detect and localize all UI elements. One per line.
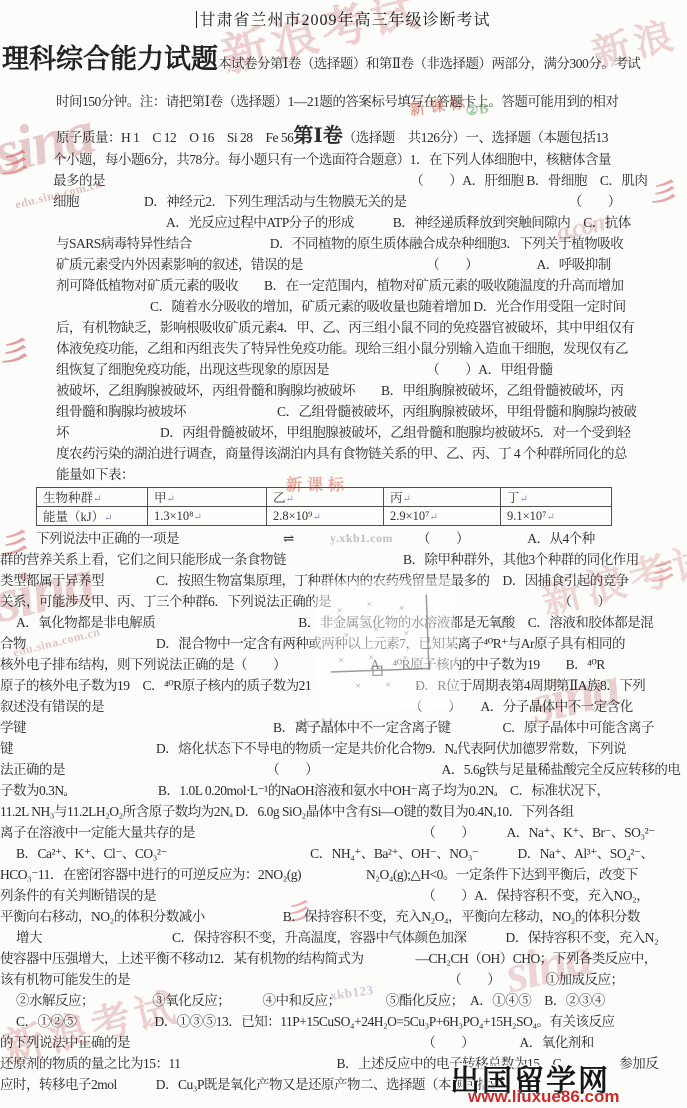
text-line: B．Ca²⁺、K⁺、Cl⁻、CO₃²⁻ C．NH₄⁺、Ba²⁺、OH⁻、NO₃⁻…: [0, 843, 687, 864]
text-line: 度农药污染的湖泊进行调查，商量得该湖泊内具有食物链关系的甲、乙、丙、丁 4 个种…: [0, 443, 687, 464]
pilcrow-mark: ↵: [286, 494, 294, 505]
text-block-before-table: 个小题，每小题6分，共78分。每小题只有一个选面符合题意）1．在下列人体细胞中，…: [0, 149, 687, 485]
text-line: 矿质元素受内外因素影响的叙述，错误的是 （ ） A．呼吸抑制: [0, 254, 687, 275]
text-line: ②水解反应； ③氧化反应； ④中和反应； ⑤酯化反应； A．①④⑤ B．②③④: [0, 990, 687, 1011]
pilcrow-mark: ↵: [547, 512, 555, 523]
text-line: 坏 D．丙组骨髓被破坏，甲组胞腺被破坏，乙组骨髓和胞腺均被破坏5．对一个受到轻: [0, 422, 687, 443]
text-line: 法正确的是 （ ） A．5.6g铁与足量稀盐酸完全反应转移的电: [0, 759, 687, 780]
paper-heading-rest: 本试卷分第Ⅰ卷（选择题）和第Ⅱ卷（非选择题）两部分，满分300分。考试: [218, 56, 640, 71]
atomic-mass-line: 原子质量：H 1 C 12 O 16 Si 28 Fe 56第Ⅰ卷（选择题 共1…: [0, 125, 687, 149]
text-line: 组骨髓和胸腺均被坡坏 C．乙组骨髓被破坏，丙组胸腺被破坏，甲组骨髓和胸腺均被破: [0, 401, 687, 422]
liuxue-url-watermark: www.liuxue86.com: [468, 1087, 619, 1107]
text-line: 最多的是 （ ）A．肝细胞 B．骨细胞 C．肌肉: [0, 170, 687, 191]
text-line: 个小题，每小题6分，共78分。每小题只有一个选面符合题意）1．在下列人体细胞中，…: [0, 149, 687, 170]
section-title: 第Ⅰ卷: [293, 125, 342, 147]
table-cell: 2.9×10⁷↵: [384, 507, 501, 526]
text-line: 学键 B．离子晶体中不一定含离子键 C．原子晶体中可能含离子: [0, 717, 687, 738]
table-cell: 丁↵: [501, 488, 612, 507]
text-line: 离子在溶液中一定能大量共存的是 （ ） A．Na⁺、K⁺、Br⁻、SO₃²⁻: [0, 822, 687, 843]
paper-heading: 理科综合能力试题本试卷分第Ⅰ卷（选择题）和第Ⅱ卷（非选择题）两部分，满分300分…: [0, 43, 687, 80]
text-line: 叙述没有错误的是 （ ） A．分子晶体中不一定含化: [0, 696, 687, 717]
table-cell: 9.1×10⁷↵: [501, 507, 612, 526]
document-title-text: 甘肃省兰州市2009年高三年级诊断考试: [199, 12, 490, 29]
table-cell: 乙↵: [267, 488, 384, 507]
text-line: 关系，可能涉及甲、丙、丁三个种群6．下列说法正确的是 （ ）: [0, 591, 687, 612]
text-line: 平衡向右移动，NO₂的体积分数减小 B．保持容积不变，充入N₂O₄，平衡向左移动…: [0, 906, 687, 927]
text-line: 组恢复了细胞免疫功能，出现这些现象的原因是 （ ）A．甲组骨髓: [0, 359, 687, 380]
pilcrow-mark: ↵: [403, 494, 411, 505]
text-line: HCO₃⁻11．在密闭容器中进行的可逆反应为：2NO₂(g) N₂O₄(g);△…: [0, 864, 687, 885]
text-line: 列条件的有关判断错误的是 （ ）A．保持容积不变，充入NO₂，: [0, 885, 687, 906]
text-line: 该有机物可能发生的是 （ ） ①加成反应；: [0, 969, 687, 990]
section-subtitle: （选择题 共126分）一、选择题（本题包括13: [343, 130, 608, 145]
text-line: 后，有机物缺乏，影响根吸收矿质元素4．甲、乙、丙三组小鼠不同的免疫器官被破坏，其…: [0, 317, 687, 338]
text-line: 合物 D．混合物中一定含有两种或两种以上元素7，已知某离子⁴⁰R⁺与Ar原子具有…: [0, 633, 687, 654]
table-cell: 甲↵: [148, 488, 267, 507]
table-cell: 能量（kJ）↵: [37, 507, 148, 526]
pilcrow-mark: ↵: [104, 513, 112, 524]
pilcrow-mark: ↵: [430, 512, 438, 523]
pilcrow-mark: ↵: [194, 512, 202, 523]
text-line: C．①②⑤ D．①③⑤13．已知：11P+15CuSO₄+24H₂O=5Cu₃P…: [0, 1011, 687, 1032]
text-line: 群的营养关系上看，它们之间只能形成一条食物链 B．除甲种群外，其他3个种群的同化…: [0, 549, 687, 570]
text-line: 核外电子排布结构，则下列说法正确的是（ ） A．⁴⁰R原子核内的中子数为19 B…: [0, 654, 687, 675]
text-line: 增大 C．保持容积不变，升高温度，容器中气体颜色加深 D．保持容积不变，充入N₂: [0, 927, 687, 948]
energy-table: 生物种群↵甲↵乙↵丙↵丁↵能量（kJ）↵1.3×10⁸↵2.8×10⁹↵2.9×…: [36, 487, 612, 526]
text-line: 体液免疫功能，乙组和丙组丧失了特异性免疫功能。现给三组小鼠分别输入造血干细胞，发…: [0, 338, 687, 359]
text-line: 被破坏，乙组胸腺被破坏，丙组骨髓和胸腺均被破坏 B．甲组胸腺被破坏，乙组骨髓被破…: [0, 380, 687, 401]
pilcrow-mark: ↵: [167, 494, 175, 505]
table-row: 生物种群↵甲↵乙↵丙↵丁↵: [37, 488, 612, 507]
text-line: A．光反应过程中ATP分子的形成 B．神经递质释放到突触间隙内 C．抗体: [0, 212, 687, 233]
text-line: 与SARS病毒特异性结合 D．不同植物的原生质体融合成杂种细胞3．下列关于植物吸…: [0, 233, 687, 254]
text-line: 类型都属于异养型 C．按照生物富集原理，丁种群体内的农药残留量是最多的 D．因捕…: [0, 570, 687, 591]
document-page: 新浪考试sinaedu.sina.com.cn新浪a.com新课标②Bsinae…: [0, 0, 687, 1108]
text-line: A．氧化物都是非电解质 B．非金属氢化物的水溶液都是无氧酸 C．溶液和胶体都是混: [0, 612, 687, 633]
table-row: 能量（kJ）↵1.3×10⁸↵2.8×10⁹↵2.9×10⁷↵9.1×10⁷↵: [37, 507, 612, 526]
pilcrow-mark: ↵: [520, 494, 528, 505]
scan-artifact-line: [196, 11, 197, 28]
text-line: 原子的核外电子数为19 C．⁴⁰R原子核内的质子数为21 D．R位于周期表第4周…: [0, 675, 687, 696]
exam-note-line: 时间150分钟。注：请把第Ⅰ卷（选择题）1—21题的答案标号填写在答题卡上。答题…: [0, 91, 687, 112]
text-line: 键 D．熔化状态下不导电的物质一定是共价化合物9．Nₐ代表阿伏加德罗常数，下列说: [0, 738, 687, 759]
text-line: 下列说法中正确的一项是 ⇌ （ ） A．从4个种: [0, 528, 687, 549]
text-line: 能量如下表：: [0, 464, 687, 485]
pilcrow-mark: ↵: [93, 494, 101, 505]
text-line: 剂可降低植物对矿质元素的吸收 B．在一定范围内，植物对矿质元素的吸收随温度的升高…: [0, 275, 687, 296]
table-cell: 1.3×10⁸↵: [148, 507, 267, 526]
text-line: C．随着水分吸收的增加，矿质元素的吸收量也随着增加 D．光合作用受阻一定时间: [0, 296, 687, 317]
text-line: 细胞 D．神经元2．下列生理活动与生物膜无关的是 （ ）: [0, 191, 687, 212]
table-cell: 2.8×10⁹↵: [267, 507, 384, 526]
table-cell: 生物种群↵: [37, 488, 148, 507]
pilcrow-mark: ↵: [313, 512, 321, 523]
document-title: 甘肃省兰州市2009年高三年级诊断考试: [0, 0, 687, 30]
table-cell: 丙↵: [384, 488, 501, 507]
document-content: 甘肃省兰州市2009年高三年级诊断考试 理科综合能力试题本试卷分第Ⅰ卷（选择题）…: [0, 0, 687, 1095]
text-line: 使容器中压强增大，上述平衡不移动12．某有机物的结构简式为 —CH₂CH（OH）…: [0, 948, 687, 969]
text-line: 的下列说法中正确的是 （ ） A．氧化剂和: [0, 1032, 687, 1053]
paper-heading-big: 理科综合能力试题: [2, 44, 218, 74]
text-line: 11.2L NH₃与11.2LH₂O₂所含原子数均为2Nₐ D．6.0g SiO…: [0, 801, 687, 822]
atomic-mass-text: 原子质量：H 1 C 12 O 16 Si 28 Fe 56: [56, 130, 293, 145]
text-line: 子数为0.3Nₐ B．1.0L 0.20mol·L⁻¹的NaOH溶液和氨水中OH…: [0, 780, 687, 801]
text-block-after-table: 下列说法中正确的一项是 ⇌ （ ） A．从4个种群的营养关系上看，它们之间只能形…: [0, 528, 687, 1095]
